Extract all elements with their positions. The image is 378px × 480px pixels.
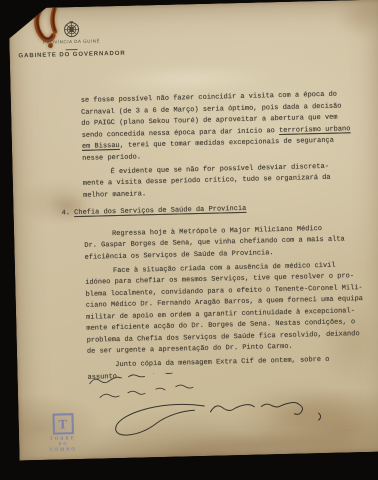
archive-stamp: T TORRE DO TOMBO — [38, 413, 87, 453]
stamp-text-line: TORRE — [50, 435, 76, 439]
stamp-text-line: TOMBO — [50, 446, 77, 450]
coat-of-arms-icon — [62, 21, 79, 38]
document-body: se fosse possível não fazer coincidir a … — [59, 89, 366, 387]
handwritten-note — [82, 368, 364, 445]
paragraph: se fosse possível não fazer coincidir a … — [59, 89, 361, 165]
province-name: PROVÍNCIA DA GUINÉ — [43, 38, 100, 44]
section-heading: 4. Chefia dos Serviços de Saúde da Proví… — [61, 201, 361, 220]
stamp-text-line: DO — [58, 441, 68, 444]
signature — [115, 404, 205, 436]
scanned-document-view: PROVÍNCIA DA GUINÉ GABINETE DO GOVERNADO… — [0, 0, 378, 480]
paragraph: É evidente que se não for possível desvi… — [60, 161, 361, 203]
document-page: PROVÍNCIA DA GUINÉ GABINETE DO GOVERNADO… — [9, 0, 378, 460]
paragraph: Regressa hoje à Metrópole o Major Milici… — [62, 223, 363, 265]
office-name: GABINETE DO GOVERNADOR — [18, 50, 125, 59]
paragraph: Face à situação criada com a ausência de… — [63, 260, 365, 359]
stamp-frame: T — [52, 413, 74, 435]
stamp-letter: T — [58, 417, 67, 430]
letterhead: PROVÍNCIA DA GUINÉ GABINETE DO GOVERNADO… — [19, 20, 124, 65]
stain — [334, 0, 378, 39]
